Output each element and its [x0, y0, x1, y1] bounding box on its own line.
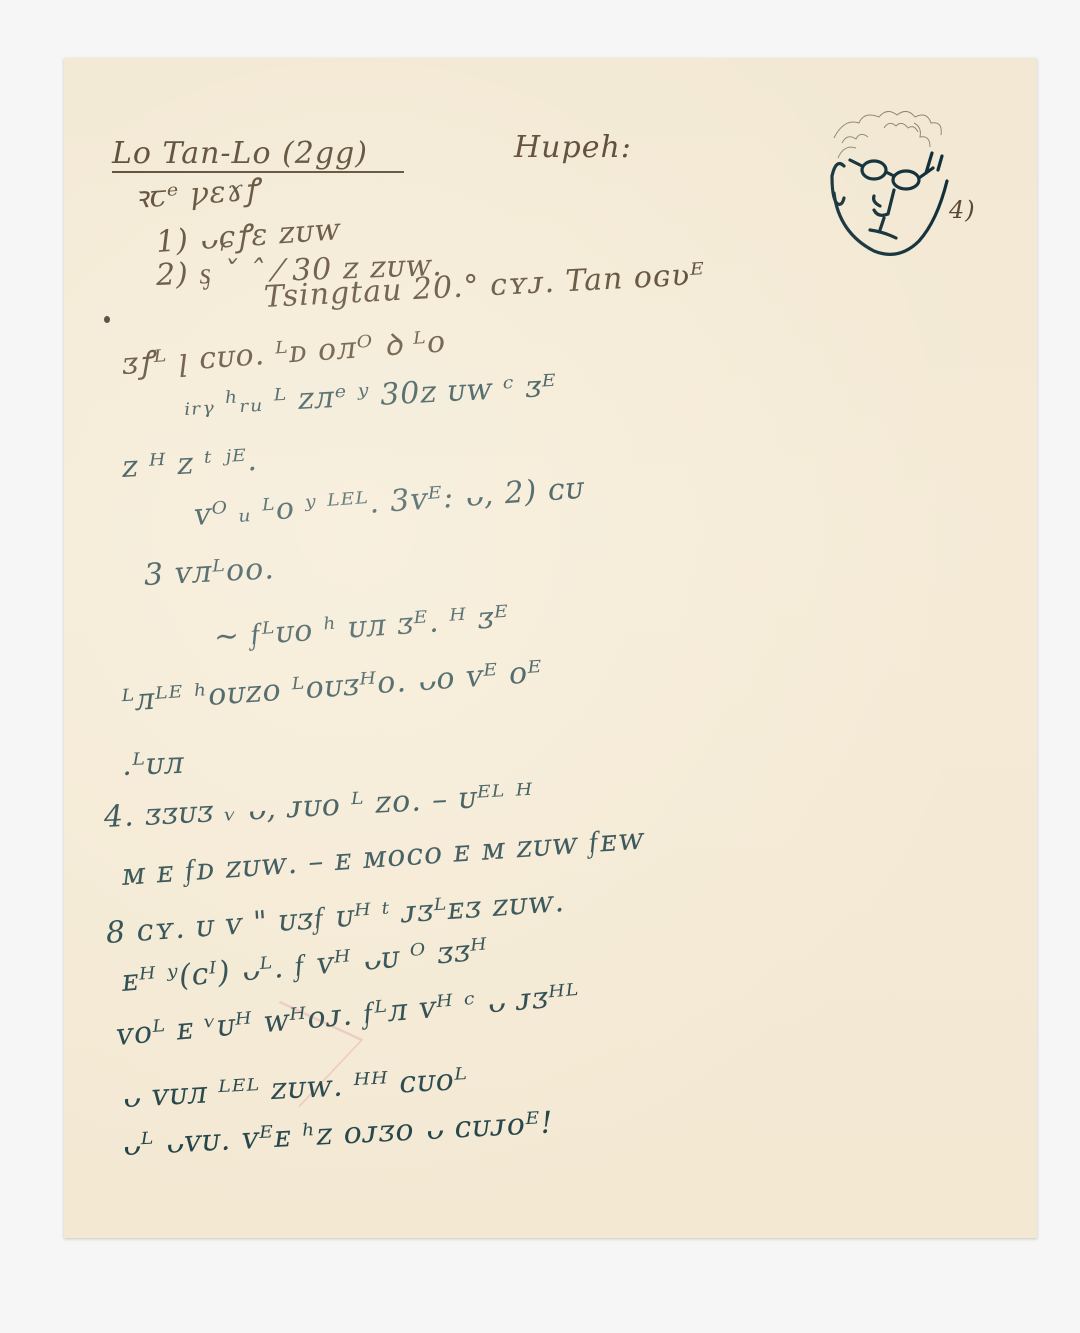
shorthand-line: ∼ ᶂᴸᴜᴏ ʰ ᴜᴫ ᴣᴱ. ᴴ ᴣᴱ: [213, 599, 511, 655]
manuscript-page: Lo Tan-Lo (2gg) Hupeh: 4) ꝛꞇᵉ ꝩɛɤꝭ 1) ᴗɕ…: [64, 58, 1037, 1238]
shorthand-line: ᴠᴼ ᵤ ᴸᴏ ʸ ᴸᴱᴸ. 3ᴠᴱ: ᴗ, 2) ᴄᴜ: [193, 471, 586, 533]
portrait-sketch-icon: [814, 98, 994, 268]
shorthand-line: 3 ᴠᴫᴸᴏᴏ.: [143, 551, 275, 593]
shorthand-line: 8 ᴄʏ. ᴜ ᴠ " ᴜᴣᶂ ᴜᴴ ᵗ ᴊᴣᴸᴇᴣ ᴢᴜᴡ.: [105, 884, 566, 951]
shorthand-line: 4. ᴣᴣᴜᴣ ᵥ ᴗ, ᴊᴜᴏ ᴸ ᴢᴏ. – ᴜᴱᴸ ᴴ: [103, 778, 534, 835]
shorthand-line: ᴍ ᴇ ᶂᴅ ᴢᴜᴡ. – ᴇ ᴍᴏᴄᴏ ᴇ ᴍ ᴢᴜᴡ ᶂᴇᴡ: [121, 822, 646, 893]
shorthand-line: ᵢᵣᵧ ʰᵣᵤ ᴸ ᴢᴫᵉ ʸ 30ᴢ ᴜᴡ ᶜ ᴣᴱ: [183, 368, 558, 422]
ink-dot: [104, 316, 110, 323]
shorthand-line: .ᴸᴜᴫ: [121, 746, 185, 783]
shorthand-line: ᴢ ᴴ ᴢ ᵗ ʲᴱ.: [121, 443, 259, 485]
page-number: 4): [949, 196, 976, 224]
shorthand-line: ᴣꝭᴸ ꞁ ᴄᴜᴏ. ᴸᴅ ᴏᴫᴼ ꝺ ᴸᴏ: [121, 319, 448, 383]
header-place: Hupeh:: [514, 130, 632, 165]
shorthand-line: ᴸᴫᴸᴱ ʰᴏᴜᴢᴏ ᴸᴏᴜᴣᴴᴏ. ᴗᴏ ᴠᴱ ᴏᴱ: [121, 655, 544, 719]
shorthand-line: ꝛꞇᵉ ꝩɛɤꝭ: [133, 167, 261, 217]
shorthand-line: ᴗᴸ ᴗᴠᴜ. ᴠᴱᴇ ʰᴢ ᴏᴊᴣᴏ ᴗ ᴄᴜᴊᴏᴱ!: [121, 1105, 554, 1163]
